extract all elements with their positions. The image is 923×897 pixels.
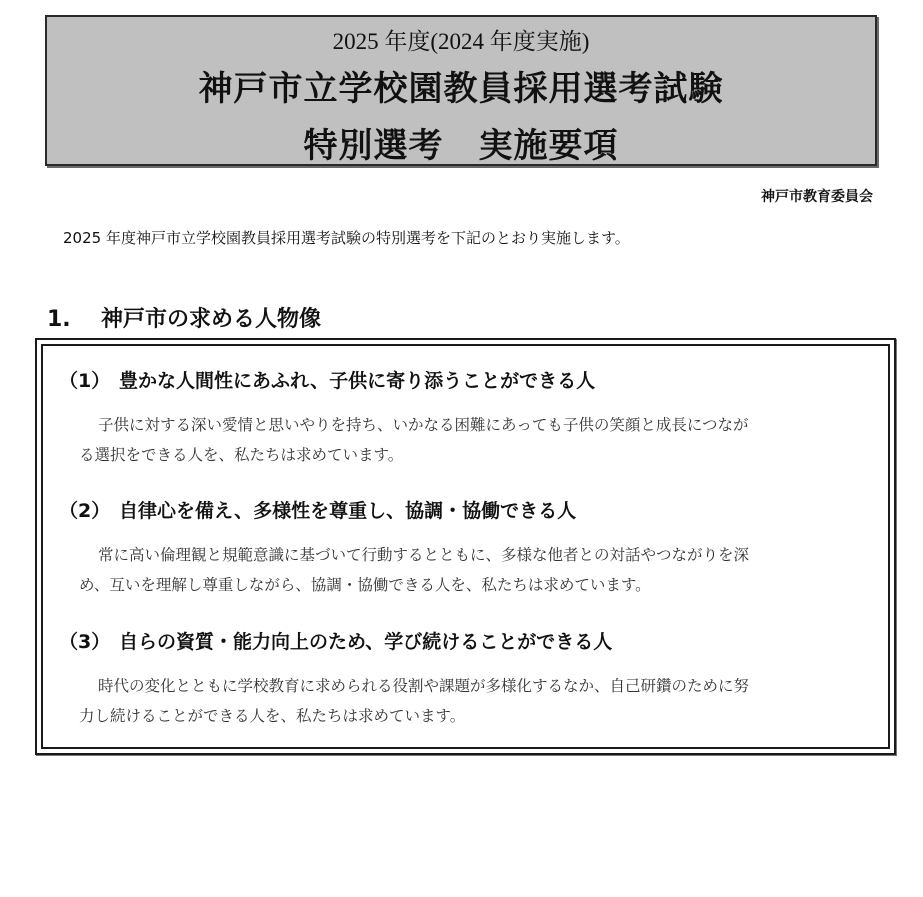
intro-text: 2025 年度神戸市立学校園教員採用選考試験の特別選考を下記のとおり実施します。: [63, 227, 630, 248]
item-heading-text: 自律心を備え、多様性を尊重し、協調・協働できる人: [119, 500, 576, 522]
section-number: 1.: [47, 307, 101, 332]
section-heading: 1.神戸市の求める人物像: [47, 302, 321, 333]
document-title-secondary: 特別選考 実施要項: [47, 118, 875, 167]
ideal-person-item-2: （2）自律心を備え、多様性を尊重し、協調・協働できる人 常に高い倫理観と規範意識…: [59, 496, 874, 600]
item-body-line: め、互いを理解し尊重しながら、協調・協働できる人を、私たちは求めています。: [79, 570, 874, 600]
item-heading: （1）豊かな人間性にあふれ、子供に寄り添うことができる人: [59, 366, 874, 396]
item-label: （3）: [59, 627, 119, 657]
item-body-line: 常に高い倫理観と規範意識に基づいて行動するとともに、多様な他者との対話やつながり…: [79, 540, 874, 570]
item-heading-text: 自らの資質・能力向上のため、学び続けることができる人: [119, 631, 612, 653]
document-subtitle: 2025 年度(2024 年度実施): [47, 23, 875, 56]
item-body-line: 時代の変化とともに学校教育に求められる役割や課題が多様化するなか、自己研鑽のため…: [79, 671, 874, 701]
item-label: （2）: [59, 496, 119, 526]
ideal-person-item-1: （1）豊かな人間性にあふれ、子供に寄り添うことができる人 子供に対する深い愛情と…: [59, 366, 874, 470]
ideal-person-frame-inner: （1）豊かな人間性にあふれ、子供に寄り添うことができる人 子供に対する深い愛情と…: [41, 344, 890, 749]
issuer-name: 神戸市教育委員会: [761, 186, 873, 206]
item-label: （1）: [59, 366, 119, 396]
item-body: 時代の変化とともに学校教育に求められる役割や課題が多様化するなか、自己研鑽のため…: [59, 671, 874, 731]
item-heading: （2）自律心を備え、多様性を尊重し、協調・協働できる人: [59, 496, 874, 526]
item-body-line: る選択をできる人を、私たちは求めています。: [79, 440, 874, 470]
document-title: 神戸市立学校園教員採用選考試験: [47, 61, 875, 110]
item-body: 子供に対する深い愛情と思いやりを持ち、いかなる困難にあっても子供の笑顔と成長につ…: [59, 410, 874, 470]
item-heading: （3）自らの資質・能力向上のため、学び続けることができる人: [59, 627, 874, 657]
ideal-person-frame: （1）豊かな人間性にあふれ、子供に寄り添うことができる人 子供に対する深い愛情と…: [35, 338, 896, 755]
section-title: 神戸市の求める人物像: [101, 307, 321, 332]
document-title-box: 2025 年度(2024 年度実施) 神戸市立学校園教員採用選考試験 特別選考 …: [45, 15, 877, 166]
item-heading-text: 豊かな人間性にあふれ、子供に寄り添うことができる人: [119, 370, 595, 392]
item-body-line: 子供に対する深い愛情と思いやりを持ち、いかなる困難にあっても子供の笑顔と成長につ…: [79, 410, 874, 440]
ideal-person-item-3: （3）自らの資質・能力向上のため、学び続けることができる人 時代の変化とともに学…: [59, 627, 874, 731]
item-body: 常に高い倫理観と規範意識に基づいて行動するとともに、多様な他者との対話やつながり…: [59, 540, 874, 600]
item-body-line: 力し続けることができる人を、私たちは求めています。: [79, 701, 874, 731]
